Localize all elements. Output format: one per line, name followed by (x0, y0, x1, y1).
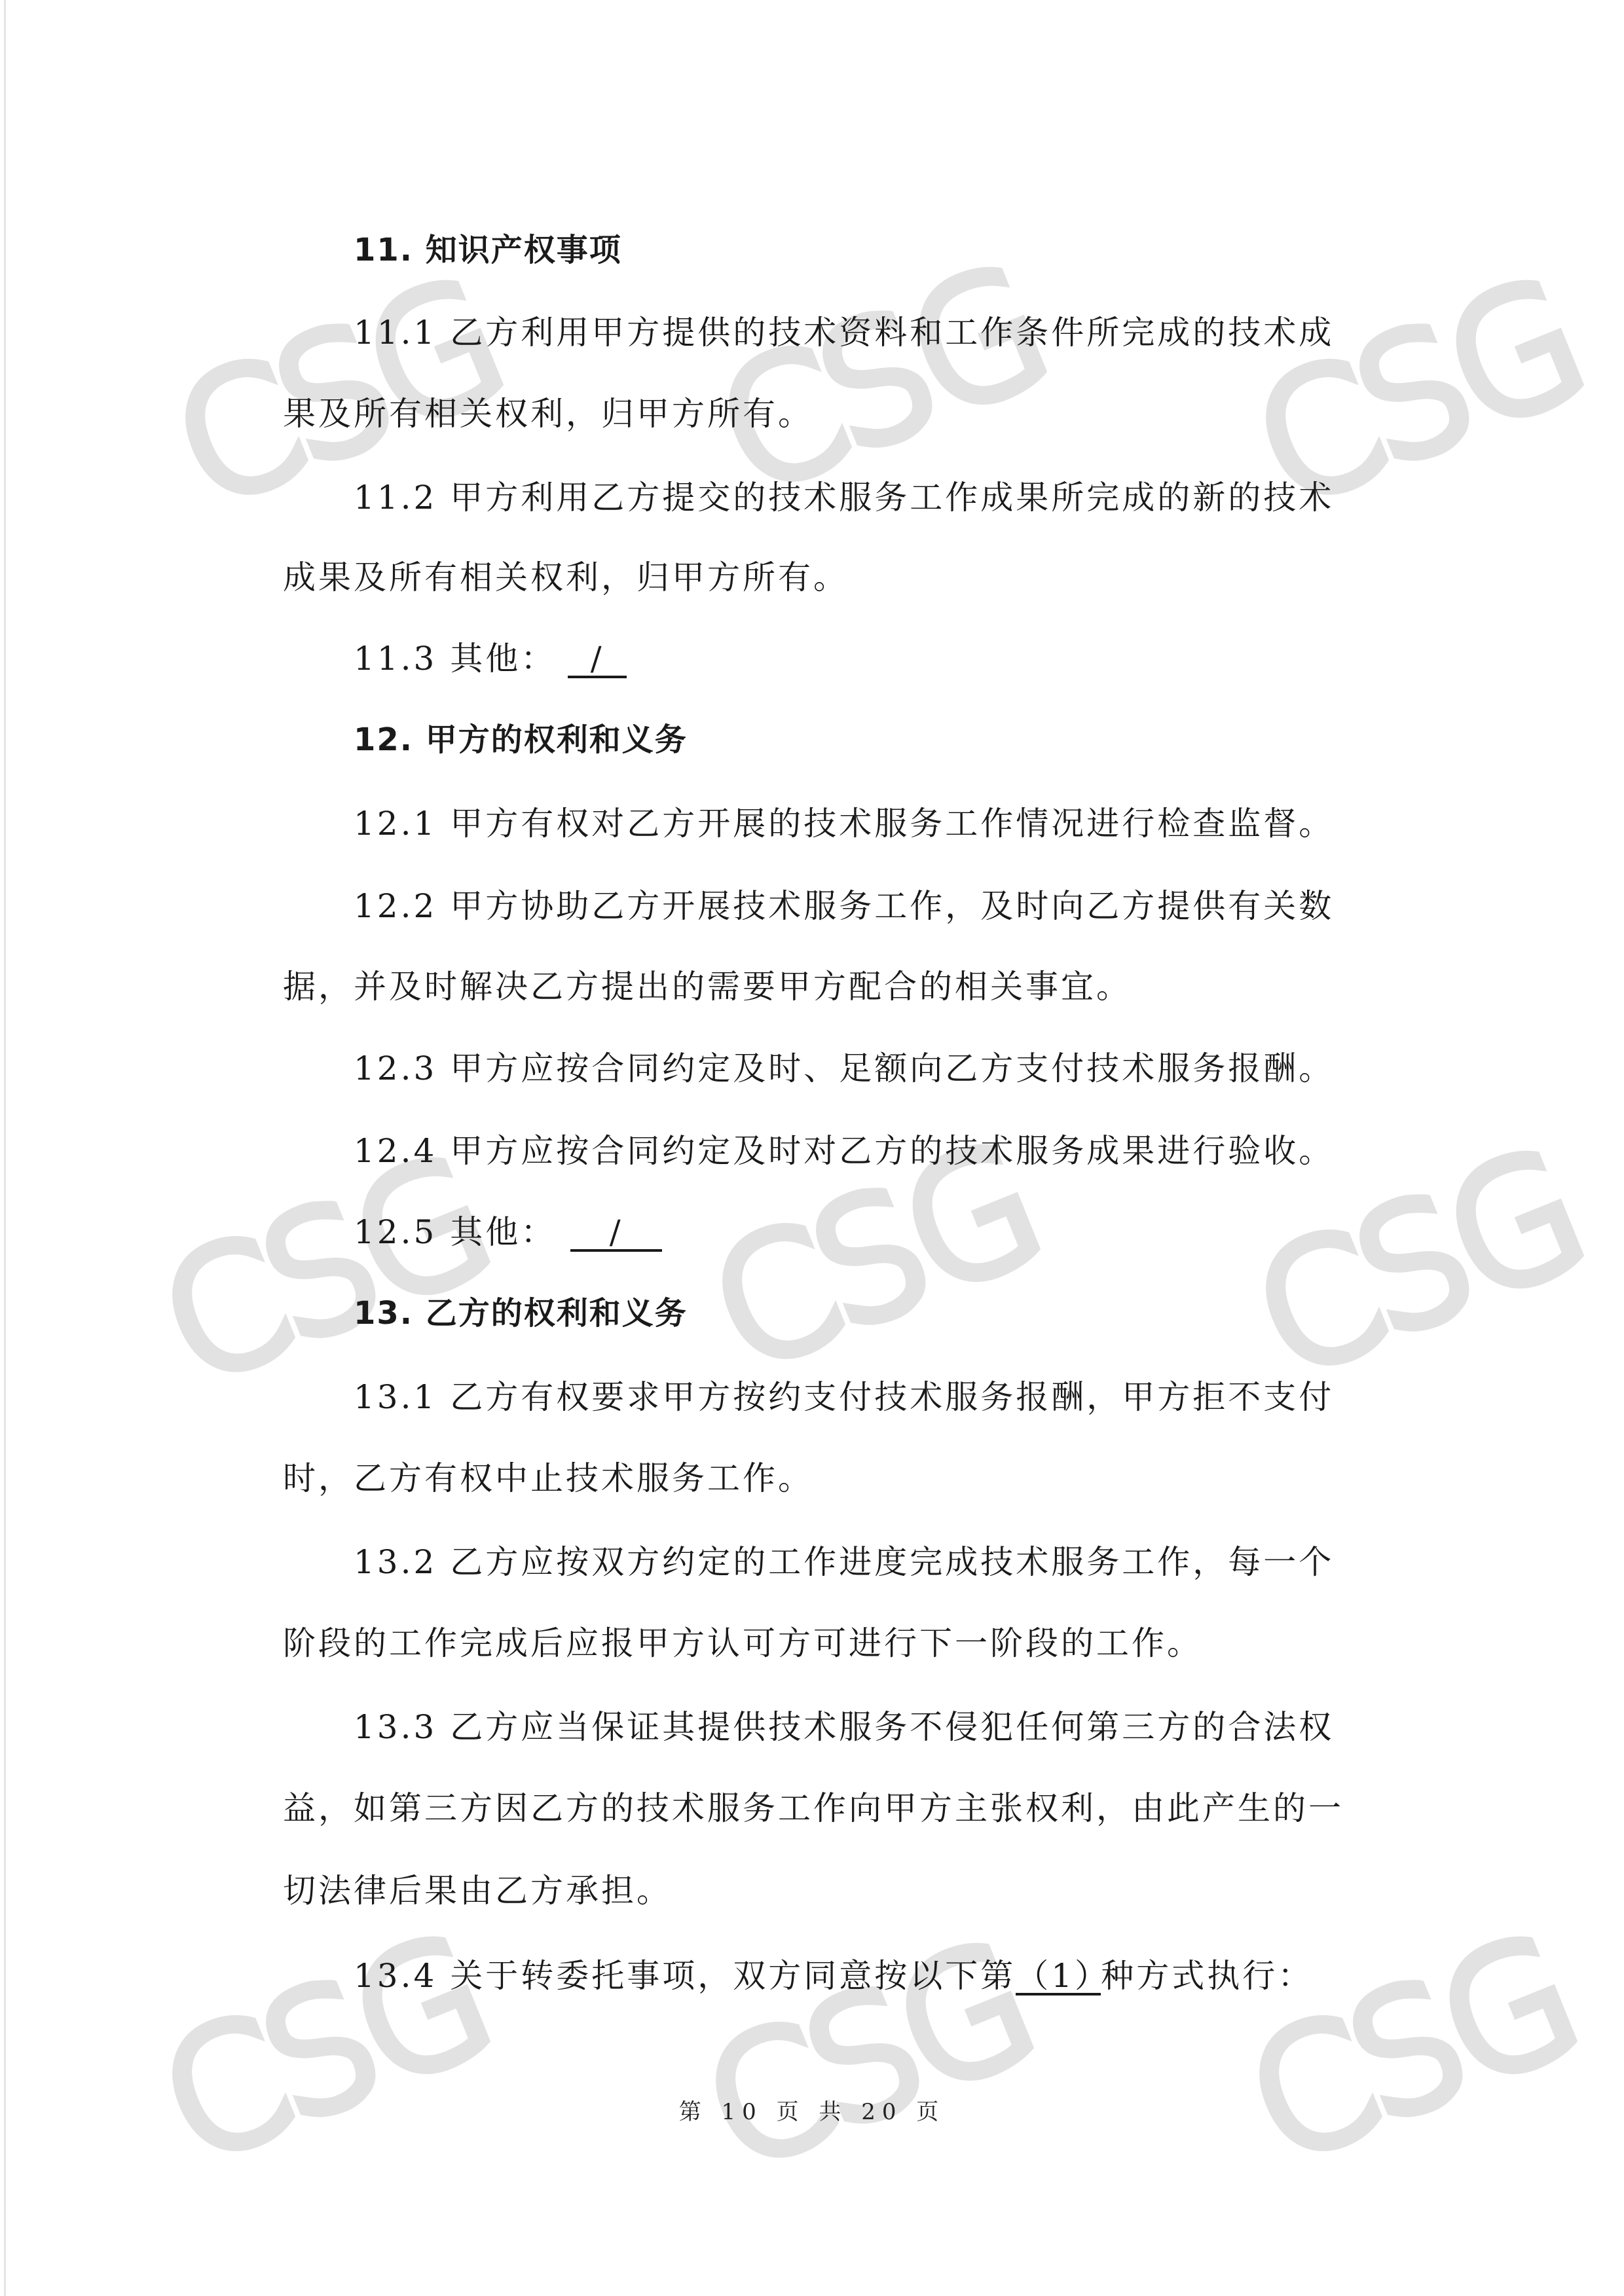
clause-13-4-fill-blank: （1） (1016, 1959, 1101, 1995)
watermark-logo: CSG (681, 1908, 1054, 2206)
clause-13-3-line-1: 13.3 乙方应当保证其提供技术服务不侵犯任何第三方的合法权 (354, 1707, 1334, 1747)
clause-11-1-line-1: 11.1 乙方利用甲方提供的技术资料和工作条件所完成的技术成 (354, 313, 1334, 352)
clause-11-1-line-2: 果及所有相关权利，归甲方所有。 (283, 394, 813, 433)
clause-12-5-fill-blank: / (570, 1215, 662, 1252)
section-heading-11: 11. 知识产权事项 (354, 230, 622, 270)
scan-page-edge (4, 0, 6, 2296)
clause-13-4: 13.4 关于转委托事项，双方同意按以下第（1）种方式执行： (354, 1956, 1313, 1995)
watermark-logo: CSG (1225, 1901, 1598, 2200)
clause-12-2-line-2: 据，并及时解决乙方提出的需要甲方配合的相关事宜。 (283, 967, 1132, 1006)
page-number-footer: 第 10 页 共 20 页 (0, 2094, 1624, 2126)
clause-12-5: 12.5 其他：/ (354, 1212, 662, 1252)
clause-11-3-label: 11.3 其他： (354, 640, 556, 678)
watermark-logo: CSG (138, 1901, 511, 2200)
clause-11-3: 11.3 其他：/ (354, 639, 627, 678)
clause-12-4: 12.4 甲方应按合同约定及时对乙方的技术服务成果进行验收。 (354, 1131, 1334, 1171)
section-heading-12: 12. 甲方的权利和义务 (354, 720, 688, 759)
clause-13-4-suffix: 种方式执行： (1101, 1957, 1313, 1995)
clause-12-2-line-1: 12.2 甲方协助乙方开展技术服务工作，及时向乙方提供有关数 (354, 886, 1334, 926)
clause-13-2-line-1: 13.2 乙方应按双方约定的工作进度完成技术服务工作，每一个 (354, 1542, 1334, 1582)
clause-13-4-label: 13.4 关于转委托事项，双方同意按以下第 (354, 1957, 1016, 1995)
clause-13-1-line-2: 时，乙方有权中止技术服务工作。 (283, 1459, 813, 1498)
clause-13-2-line-2: 阶段的工作完成后应报甲方认可方可进行下一阶段的工作。 (283, 1624, 1202, 1663)
clause-11-2-line-1: 11.2 甲方利用乙方提交的技术服务工作成果所完成的新的技术 (354, 478, 1334, 517)
clause-13-3-line-2: 益，如第三方因乙方的技术服务工作向甲方主张权利，由此产生的一 (283, 1789, 1344, 1828)
clause-12-5-label: 12.5 其他： (354, 1213, 556, 1251)
clause-11-3-fill-blank: / (568, 642, 627, 678)
clause-12-1: 12.1 甲方有权对乙方开展的技术服务工作情况进行检查监督。 (354, 804, 1334, 843)
clause-12-3: 12.3 甲方应按合同约定及时、足额向乙方支付技术服务报酬。 (354, 1049, 1334, 1088)
section-heading-13: 13. 乙方的权利和义务 (354, 1294, 688, 1333)
clause-11-2-line-2: 成果及所有相关权利，归甲方所有。 (283, 558, 849, 597)
clause-13-3-line-3: 切法律后果由乙方承担。 (283, 1871, 672, 1910)
clause-13-1-line-1: 13.1 乙方有权要求甲方按约支付技术服务报酬，甲方拒不支付 (354, 1377, 1334, 1417)
